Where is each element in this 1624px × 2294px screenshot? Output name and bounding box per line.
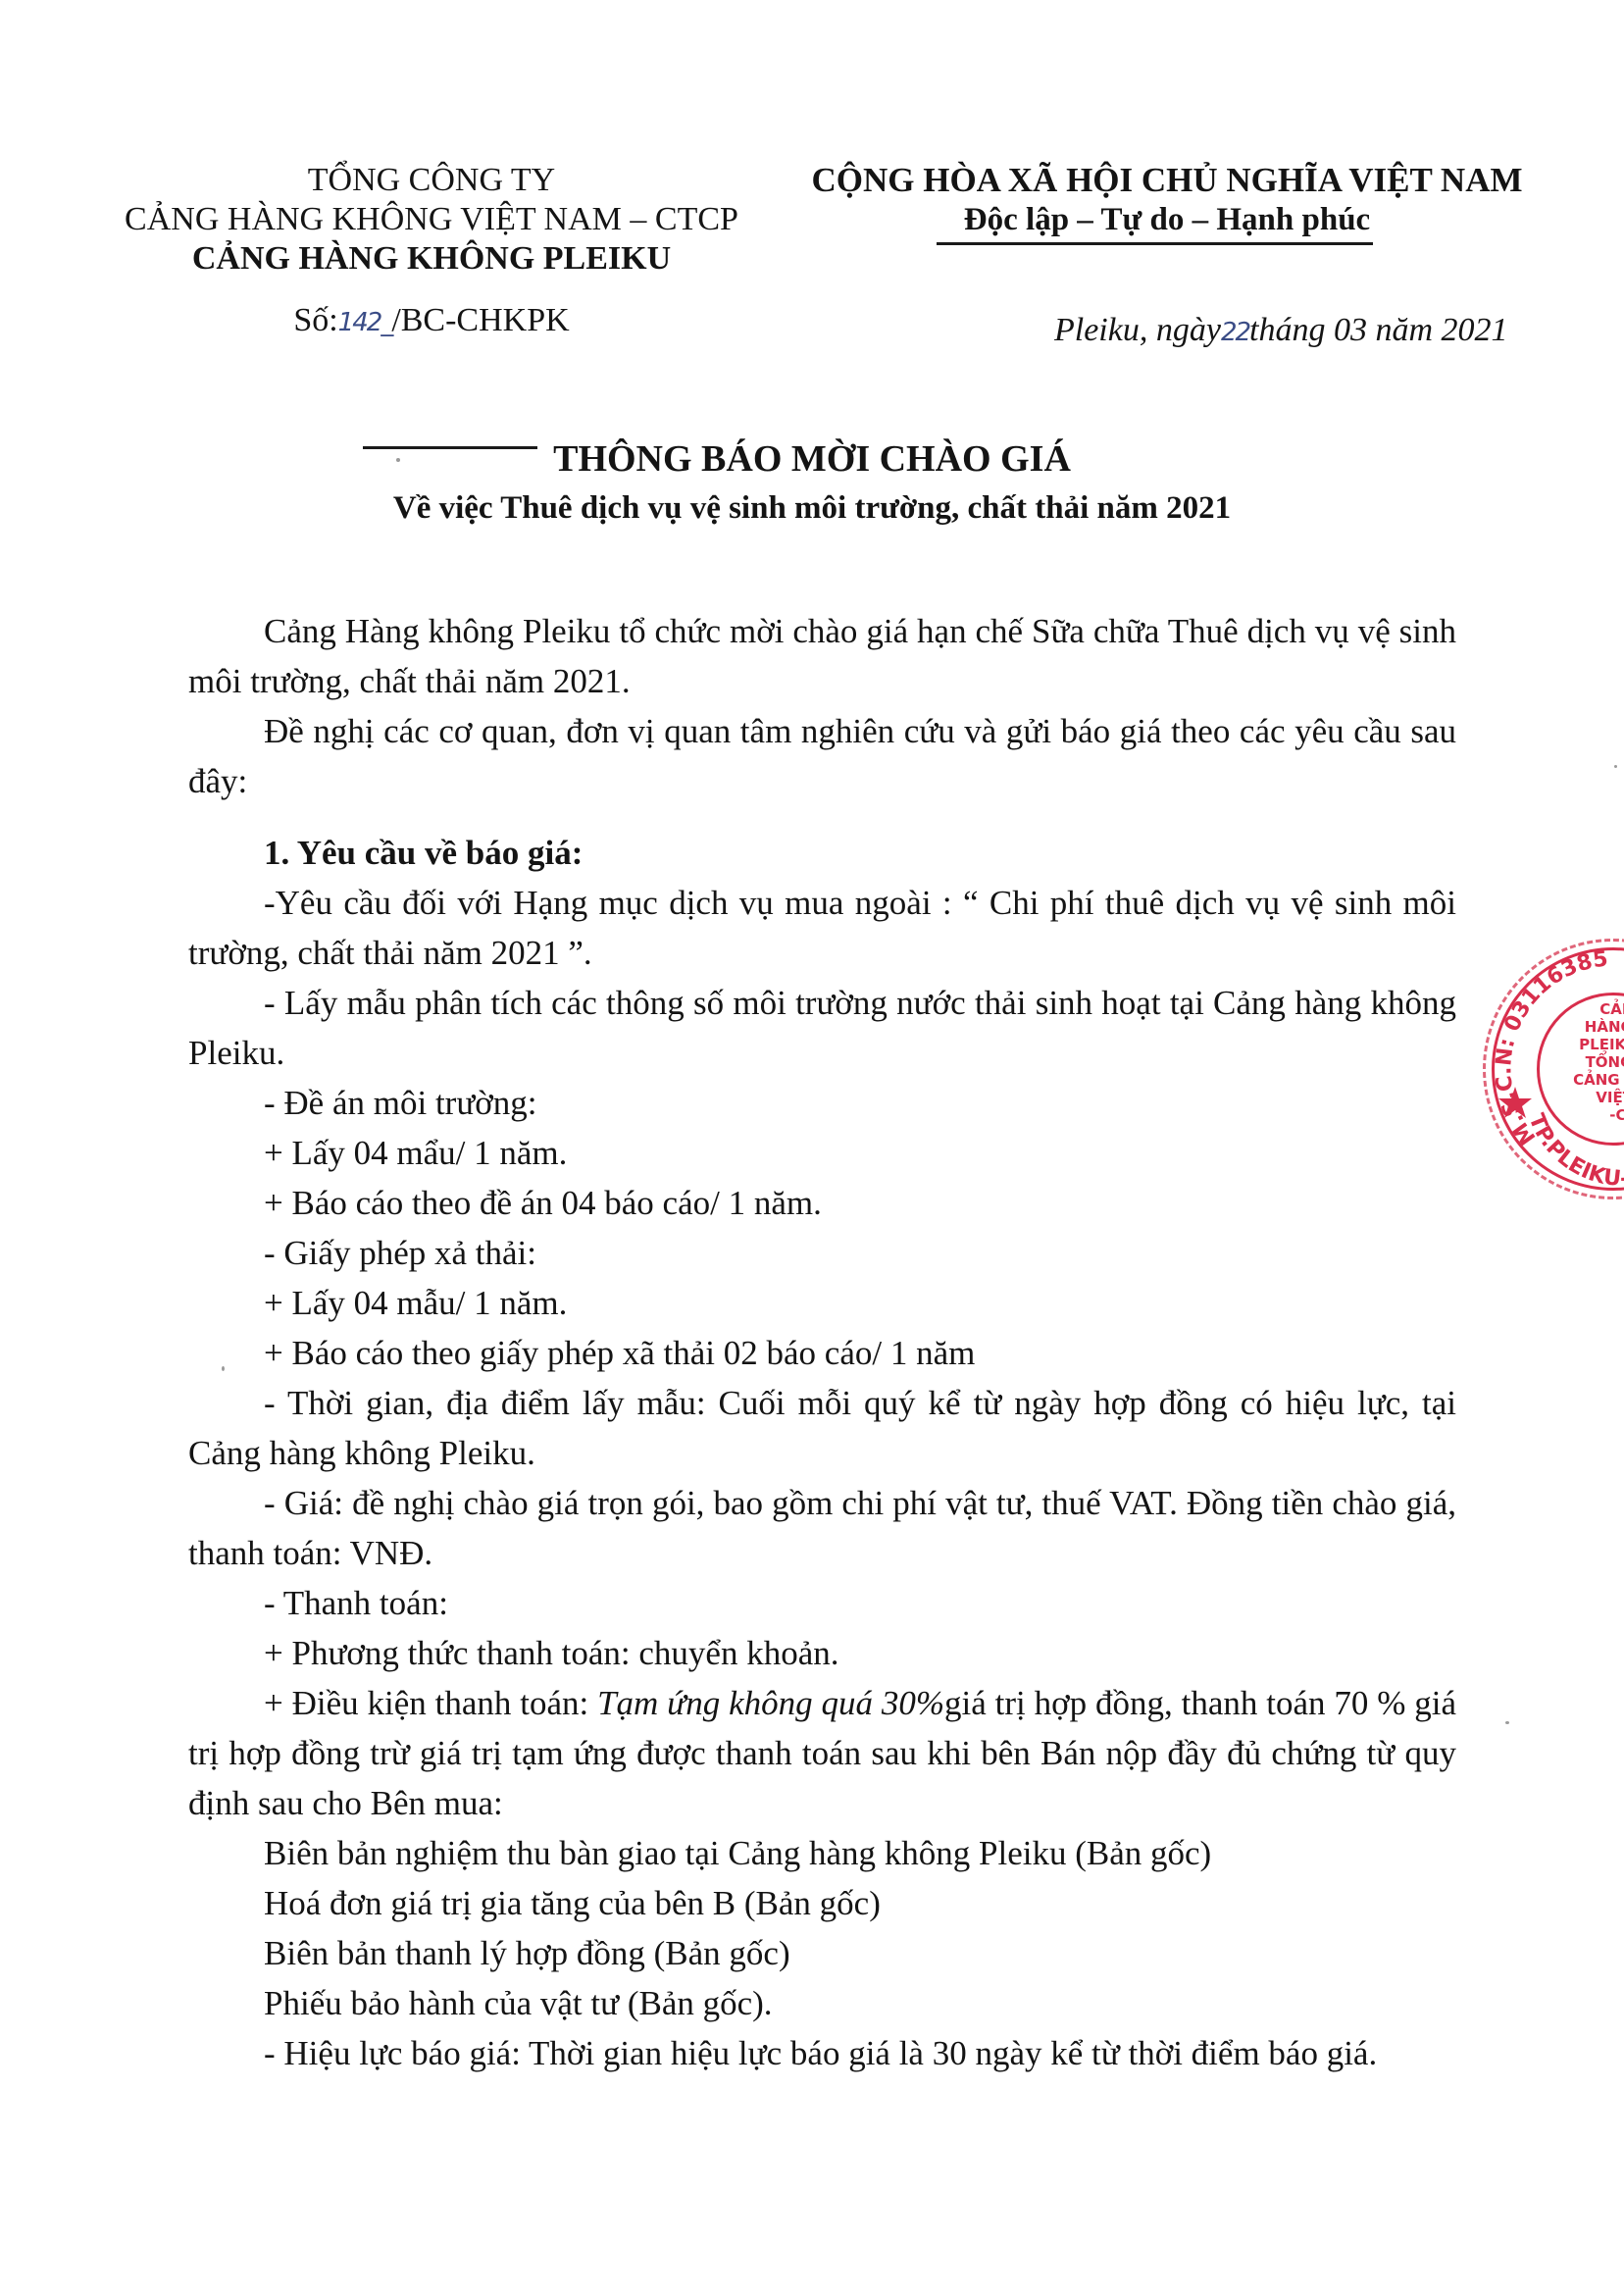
issuing-organization-block: TỔNG CÔNG TY CẢNG HÀNG KHÔNG VIỆT NAM – … xyxy=(98,162,765,280)
scan-speck xyxy=(1614,765,1617,768)
payment-terms-prefix: + Điều kiện thanh toán: xyxy=(264,1684,597,1722)
handwritten-stroke: _ xyxy=(381,308,391,337)
date-prefix: Pleiku, ngày xyxy=(1054,312,1221,348)
document-body: Cảng Hàng không Pleiku tổ chức mời chào … xyxy=(188,606,1456,2078)
date-line: Pleiku, ngày22tháng 03 năm 2021 xyxy=(1054,312,1508,349)
stamp-line: CẢNG HÀNG xyxy=(1545,1071,1624,1089)
quote-validity: - Hiệu lực báo giá: Thời gian hiệu lực b… xyxy=(188,2028,1456,2078)
required-document: Biên bản thanh lý hợp đồng (Bản gốc) xyxy=(188,1928,1456,1978)
permit-item: + Lấy 04 mẫu/ 1 năm. xyxy=(188,1278,1456,1328)
date-handwritten-day: 22 xyxy=(1221,318,1249,347)
ref-suffix: /BC-CHKPK xyxy=(391,302,569,338)
national-header-block: CỘNG HÒA XÃ HỘI CHỦ NGHĨA VIỆT NAM Độc l… xyxy=(765,162,1569,240)
scan-speck xyxy=(222,1366,225,1371)
intro-paragraph-1: Cảng Hàng không Pleiku tổ chức mời chào … xyxy=(188,606,1456,706)
sampling-requirement: - Lấy mẫu phân tích các thông số môi trư… xyxy=(188,978,1456,1078)
price-requirement: - Giá: đề nghị chào giá trọn gói, bao gồ… xyxy=(188,1478,1456,1578)
required-document: Hoá đơn giá trị gia tăng của bên B (Bản … xyxy=(188,1878,1456,1928)
issuing-unit-name: CẢNG HÀNG KHÔNG PLEIKU xyxy=(98,240,765,280)
section-1-heading: 1. Yêu cầu về báo giá: xyxy=(188,828,1456,878)
payment-terms-advance: Tạm ứng không quá 30% xyxy=(597,1684,944,1722)
required-document: Biên bản nghiệm thu bàn giao tại Cảng hà… xyxy=(188,1828,1456,1878)
ref-handwritten-number: 142 xyxy=(338,308,381,337)
stamp-line: PLEIKU-CH xyxy=(1545,1036,1624,1053)
national-motto: Độc lập – Tự do – Hạnh phúc xyxy=(765,201,1569,240)
permit-heading: - Giấy phép xả thải: xyxy=(188,1228,1456,1278)
ref-prefix: Số: xyxy=(293,302,337,338)
scan-speck xyxy=(396,458,400,462)
payment-heading: - Thanh toán: xyxy=(188,1578,1456,1628)
company-seal-stamp: M.S.C.N: 03116385 TP.PLEIKU- CẢNG HÀNG K… xyxy=(1483,939,1624,1199)
stamp-line: TỔNG CÔ xyxy=(1545,1053,1624,1071)
motto-underline xyxy=(937,242,1373,245)
scan-speck xyxy=(1505,1721,1509,1724)
nation-name: CỘNG HÒA XÃ HỘI CHỦ NGHĨA VIỆT NAM xyxy=(765,162,1569,201)
corp-name-line: CẢNG HÀNG KHÔNG VIỆT NAM – CTCP xyxy=(98,201,765,240)
date-suffix: tháng 03 năm 2021 xyxy=(1249,312,1508,348)
stamp-line: HÀNG KH xyxy=(1545,1018,1624,1036)
intro-paragraph-2: Đề nghị các cơ quan, đơn vị quan tâm ngh… xyxy=(188,706,1456,806)
requirement-item: -Yêu cầu đối với Hạng mục dịch vụ mua ng… xyxy=(188,878,1456,978)
env-plan-heading: - Đề án môi trường: xyxy=(188,1078,1456,1128)
payment-terms: + Điều kiện thanh toán: Tạm ứng không qu… xyxy=(188,1678,1456,1828)
stamp-line: CẢNG xyxy=(1545,1000,1624,1018)
reference-number: Số:142_/BC-CHKPK xyxy=(98,302,765,341)
stamp-line: -CT xyxy=(1545,1106,1624,1124)
env-plan-item: + Báo cáo theo đề án 04 báo cáo/ 1 năm. xyxy=(188,1178,1456,1228)
time-place-requirement: - Thời gian, địa điểm lấy mẫu: Cuối mỗi … xyxy=(188,1378,1456,1478)
parent-corp-line: TỔNG CÔNG TY xyxy=(98,162,765,201)
document-title: THÔNG BÁO MỜI CHÀO GIÁ xyxy=(0,437,1624,481)
document-subtitle: Về việc Thuê dịch vụ vệ sinh môi trường,… xyxy=(0,490,1624,527)
env-plan-item: + Lấy 04 mẩu/ 1 năm. xyxy=(188,1128,1456,1178)
stamp-inner-text: CẢNG HÀNG KH PLEIKU-CH TỔNG CÔ CẢNG HÀNG… xyxy=(1545,1000,1624,1124)
stamp-line: VIỆT N xyxy=(1545,1089,1624,1106)
permit-item: + Báo cáo theo giấy phép xã thải 02 báo … xyxy=(188,1328,1456,1378)
payment-method: + Phương thức thanh toán: chuyển khoản. xyxy=(188,1628,1456,1678)
required-document: Phiếu bảo hành của vật tư (Bản gốc). xyxy=(188,1978,1456,2028)
